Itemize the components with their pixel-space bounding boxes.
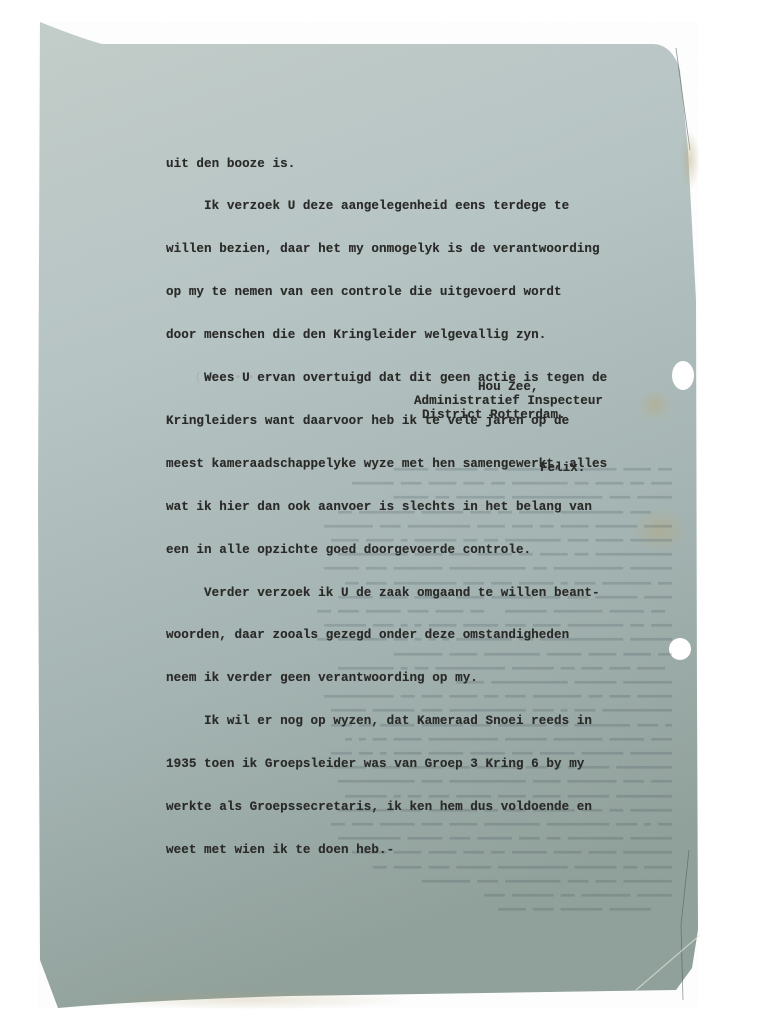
body-line: Ik verzoek U deze aangelegenheid eens te… [166,199,666,213]
body-line: 1935 toen ik Groepsleider was van Groep … [166,757,666,771]
body-line: een in alle opzichte goed doorgevoerde c… [166,543,666,557]
body-line: werkte als Groepssecretaris, ik ken hem … [166,800,666,814]
sender-district: District Rotterdam. [422,408,566,422]
closing-salutation: Hou Zee, [478,380,538,394]
body-line: neem ik verder geen verantwoording op my… [166,671,666,685]
punch-hole-top [672,361,694,390]
body-line: woorden, daar zooals gezegd onder deze o… [166,628,666,642]
body-line: door menschen die den Kringleider welgev… [166,328,666,342]
body-line: willen bezien, daar het my onmogelyk is … [166,242,666,256]
body-line: meest kameraadschappelyke wyze met hen s… [166,457,666,471]
punch-hole-bottom [669,638,691,660]
body-line: weet met wien ik te doen heb.- [166,843,666,857]
body-line: Wees U ervan overtuigd dat dit geen acti… [166,371,666,385]
signature-name: Felix. [540,461,585,475]
sender-title: Administratief Inspecteur [414,394,603,408]
body-line: Kringleiders want daarvoor heb ik te vel… [166,414,666,428]
body-line: Ik wil er nog op wyzen, dat Kameraad Sno… [166,714,666,728]
body-line: Verder verzoek ik U de zaak omgaand te w… [166,586,666,600]
letter-body: uit den booze is. Ik verzoek U deze aang… [166,128,666,886]
body-line: op my te nemen van een controle die uitg… [166,285,666,299]
document-page: ( ▪ ▪ ▪ ▪ ▪ ) ▬▬ ▬▬▬▬ ▬▬▬▬▬▬ ▬▬▬▬▬▬▬▬▬ ▬… [0,0,768,1024]
body-line: wat ik hier dan ook aanvoer is slechts i… [166,500,666,514]
body-line: uit den booze is. [166,157,666,171]
